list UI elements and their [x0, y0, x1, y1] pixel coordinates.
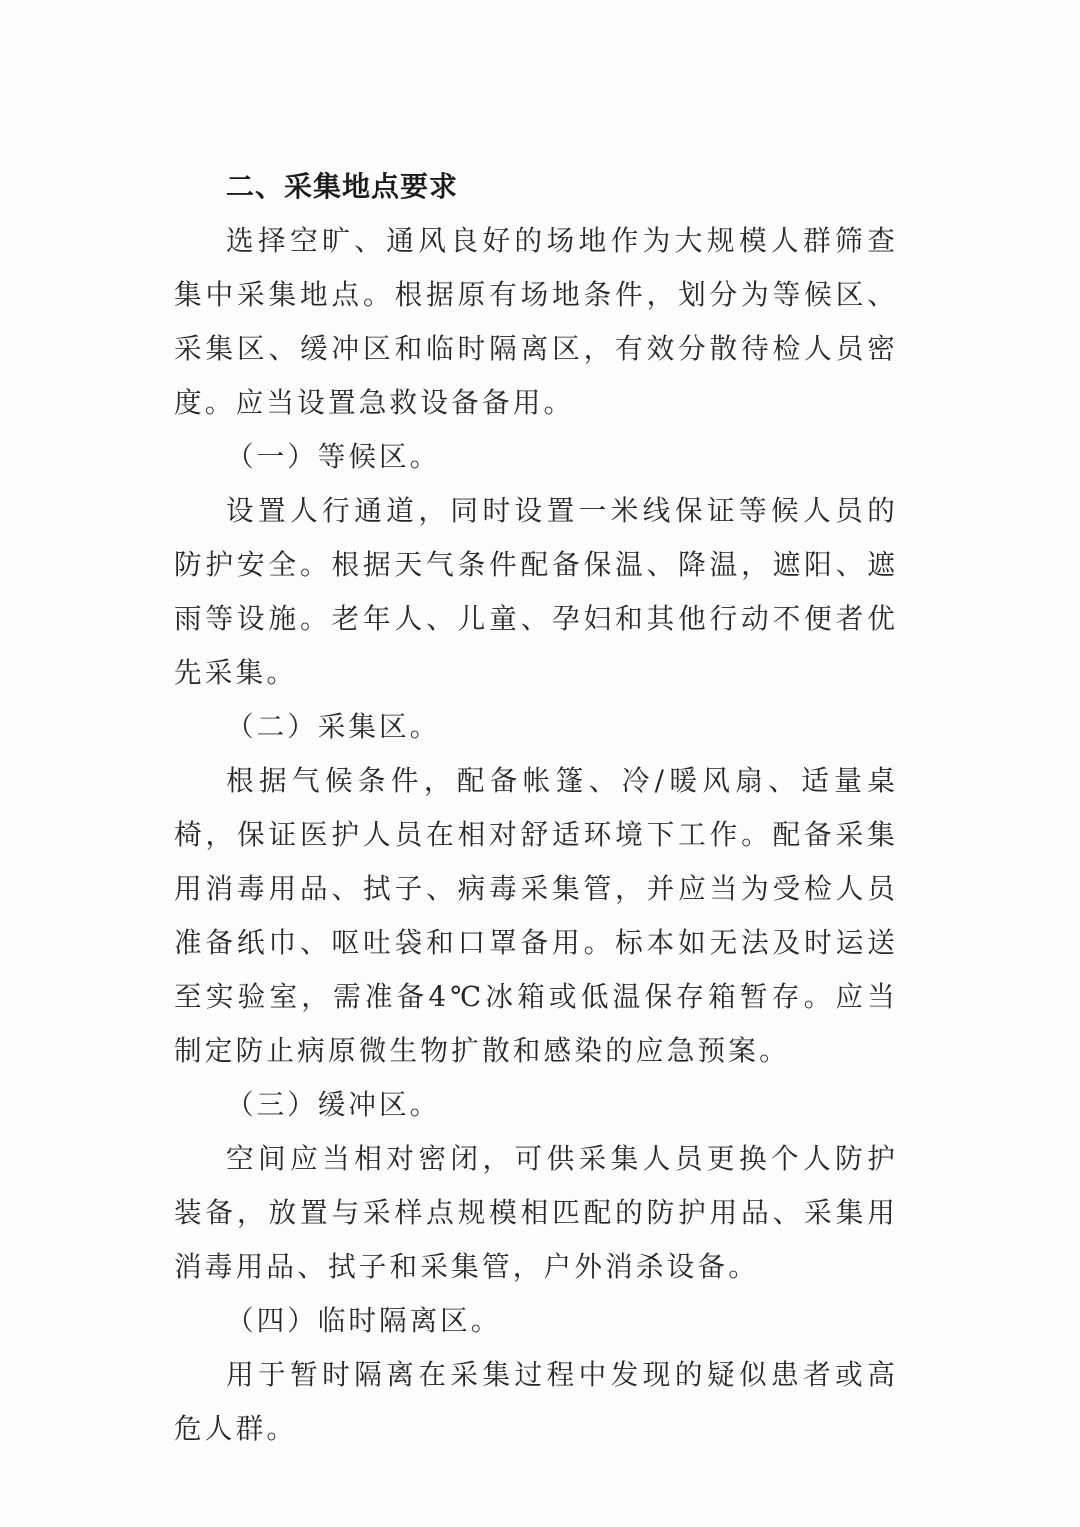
document-page: 二、采集地点要求 选择空旷、通风良好的场地作为大规模人群筛查集中采集地点。根据原…	[174, 160, 898, 1456]
subsection-body-isolation-area: 用于暂时隔离在采集过程中发现的疑似患者或高危人群。	[174, 1348, 898, 1456]
subsection-title-buffer-area: （三）缓冲区。	[174, 1078, 898, 1132]
subsection-title-waiting-area: （一）等候区。	[174, 430, 898, 484]
subsection-body-waiting-area: 设置人行通道，同时设置一米线保证等候人员的防护安全。根据天气条件配备保温、降温，…	[174, 484, 898, 700]
subsection-title-isolation-area: （四）临时隔离区。	[174, 1294, 898, 1348]
subsection-title-collection-area: （二）采集区。	[174, 700, 898, 754]
subsection-body-buffer-area: 空间应当相对密闭，可供采集人员更换个人防护装备，放置与采样点规模相匹配的防护用品…	[174, 1132, 898, 1294]
intro-paragraph: 选择空旷、通风良好的场地作为大规模人群筛查集中采集地点。根据原有场地条件，划分为…	[174, 214, 898, 430]
subsection-body-collection-area: 根据气候条件，配备帐篷、冷/暖风扇、适量桌椅，保证医护人员在相对舒适环境下工作。…	[174, 754, 898, 1078]
section-title: 二、采集地点要求	[174, 160, 898, 214]
